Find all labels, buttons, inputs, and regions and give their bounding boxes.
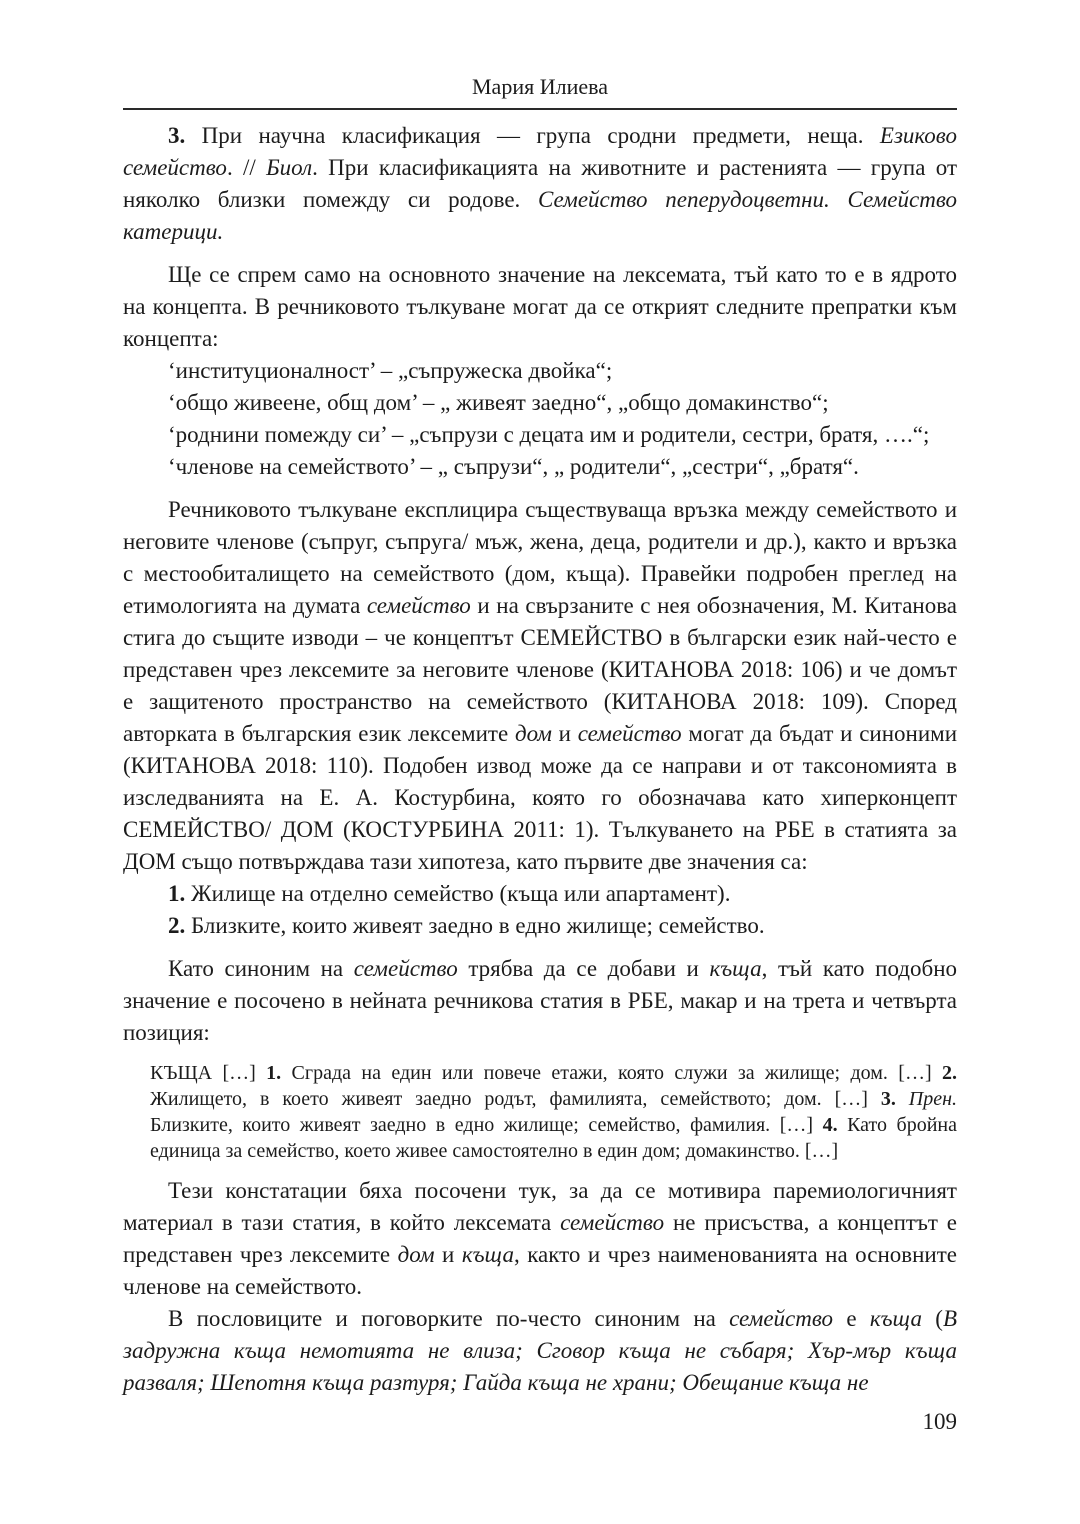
text-segment: Жилище на отделно семейство (къща или ап… — [185, 881, 730, 906]
text-segment: семейство — [578, 721, 682, 746]
article-body: 3. При научна класификация — група сродн… — [123, 110, 957, 1399]
text-segment: 2. — [168, 913, 185, 938]
text-segment: семейство — [729, 1306, 833, 1331]
text-segment: къща — [462, 1242, 514, 1267]
text-segment: 3. — [881, 1088, 896, 1110]
text-segment: ( — [922, 1306, 943, 1331]
text-segment: Прен. — [909, 1088, 957, 1110]
page-number: 109 — [923, 1408, 958, 1436]
text-segment: В пословиците и поговорките по-често син… — [168, 1306, 729, 1331]
quote-block: КЪЩА […] 1. Сграда на един или повече ет… — [150, 1060, 957, 1164]
text-segment: КЪЩА […] — [150, 1062, 266, 1084]
paragraph: Речниковото тълкуване експлицира съществ… — [123, 494, 957, 878]
paragraph: ‘общо живеене, общ дом’ – „ живеят заедн… — [123, 387, 957, 419]
text-segment: 1. — [266, 1062, 281, 1084]
paragraph: ‘институционалност’ – „съпружеска двойка… — [123, 355, 957, 387]
paragraph: В пословиците и поговорките по-често син… — [123, 1303, 957, 1399]
text-segment: . // — [227, 155, 266, 180]
text-segment: ‘институционалност’ – „съпружеска двойка… — [168, 358, 612, 383]
text-segment: 4. — [823, 1114, 838, 1136]
text-segment: Ще се спрем само на основното значение н… — [123, 262, 957, 351]
text-segment: Като синоним на — [168, 956, 354, 981]
text-segment: къща — [870, 1306, 922, 1331]
paragraph: Тези констатации бяха посочени тук, за д… — [123, 1175, 957, 1303]
author-name: Мария Илиева — [123, 74, 957, 100]
text-segment: Биол — [266, 155, 312, 180]
text-segment: Жилището, в което живеят заедно родът, ф… — [150, 1088, 881, 1110]
page-header: Мария Илиева — [123, 74, 957, 110]
page: Мария Илиева 3. При научна класификация … — [0, 0, 1080, 1524]
paragraph: ‘роднини помежду си’ – „съпрузи с децата… — [123, 419, 957, 451]
text-segment: Близките, които живеят заедно в едно жил… — [150, 1114, 823, 1136]
text-segment — [896, 1088, 909, 1110]
text-segment: дом — [398, 1242, 435, 1267]
paragraph: ‘членове на семейството’ – „ съпрузи“, „… — [123, 451, 957, 483]
text-segment: и — [435, 1242, 462, 1267]
paragraph: Като синоним на семейство трябва да се д… — [123, 953, 957, 1049]
text-segment: ‘членове на семейството’ – „ съпрузи“, „… — [168, 454, 859, 479]
text-segment: семейство — [354, 956, 458, 981]
text-segment: ‘общо живеене, общ дом’ – „ живеят заедн… — [168, 390, 829, 415]
text-segment: дом — [515, 721, 552, 746]
text-segment: Сграда на един или повече етажи, която с… — [281, 1062, 942, 1084]
text-segment: и — [552, 721, 578, 746]
paragraph: 2. Близките, които живеят заедно в едно … — [123, 910, 957, 942]
text-segment: е — [833, 1306, 870, 1331]
text-segment: трябва да се добави и — [458, 956, 710, 981]
content-column: Мария Илиева 3. При научна класификация … — [123, 74, 957, 1399]
text-segment: къща — [709, 956, 761, 981]
text-segment: семейство — [367, 593, 471, 618]
text-segment: ‘роднини помежду си’ – „съпрузи с децата… — [168, 422, 929, 447]
paragraph: 3. При научна класификация — група сродн… — [123, 120, 957, 248]
text-segment: При научна класификация — група сродни п… — [185, 123, 880, 148]
text-segment: 2. — [942, 1062, 957, 1084]
text-segment: 1. — [168, 881, 185, 906]
text-segment: семейство — [560, 1210, 664, 1235]
text-segment: Близките, които живеят заедно в едно жил… — [185, 913, 764, 938]
text-segment: 3. — [168, 123, 185, 148]
paragraph: 1. Жилище на отделно семейство (къща или… — [123, 878, 957, 910]
paragraph: Ще се спрем само на основното значение н… — [123, 259, 957, 355]
